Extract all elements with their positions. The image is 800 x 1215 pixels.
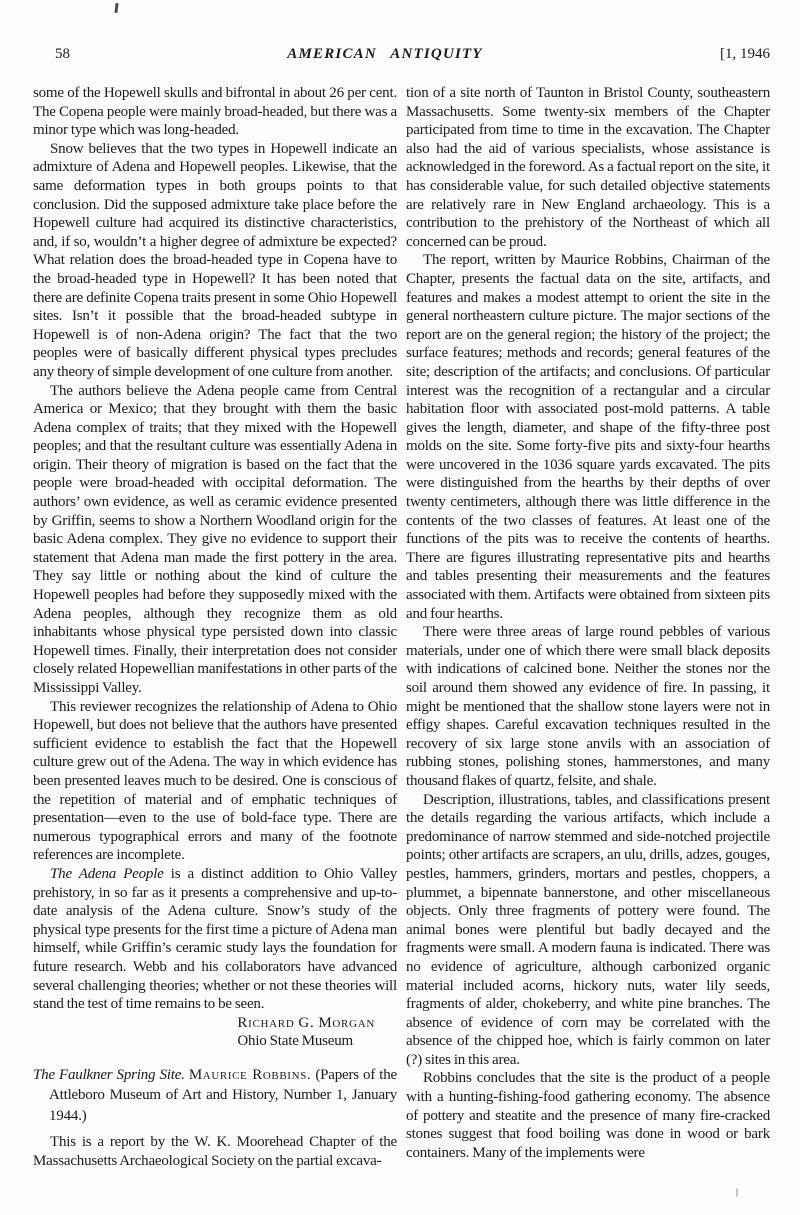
book-title-italic: The Adena People [50,866,164,882]
reviewed-author-smallcaps: Maurice Robbins. [189,1067,311,1083]
paragraph-authors: The authors believe the Adena people cam… [33,382,397,698]
scan-artifact [736,1188,738,1197]
paragraph-pebble-areas: There were three areas of large round pe… [406,623,770,790]
paragraph-adena-people: The Adena People is a distinct addition … [33,865,397,1014]
paragraph-reviewer: This reviewer recognizes the relationshi… [33,698,397,865]
review-citation-heading: The Faulkner Spring Site. Maurice Robbin… [33,1065,397,1127]
paragraph-report-sections: The report, written by Maurice Robbins, … [406,251,770,623]
right-column: tion of a site north of Taunton in Brist… [406,84,770,1162]
journal-page: 58 AMERICAN ANTIQUITY [1, 1946 some of t… [0,0,800,1215]
reviewed-title-italic: The Faulkner Spring Site. [33,1067,185,1083]
journal-title: AMERICAN ANTIQUITY [0,46,770,63]
reviewer-signature-name: Richard G. Morgan [33,1014,397,1033]
paragraph-snow: Snow believes that the two types in Hope… [33,140,397,382]
paragraph-report-intro: This is a report by the W. K. Moorehead … [33,1133,397,1170]
reviewer-signature-affiliation: Ohio State Museum [33,1032,397,1051]
paragraph-robbins-conclusion: Robbins concludes that the site is the p… [406,1069,770,1162]
scan-artifact [114,3,118,13]
left-column: some of the Hopewell skulls and bifronta… [33,84,397,1171]
issue-reference: [1, 1946 [720,46,770,63]
running-header: 58 AMERICAN ANTIQUITY [1, 1946 [0,46,800,68]
paragraph-adena-rest: is a distinct addition to Ohio Valley pr… [33,866,397,1012]
paragraph-continuation: some of the Hopewell skulls and bifronta… [33,84,397,140]
paragraph-excavation: tion of a site north of Taunton in Brist… [406,84,770,251]
paragraph-artifact-description: Description, illustrations, tables, and … [406,791,770,1070]
